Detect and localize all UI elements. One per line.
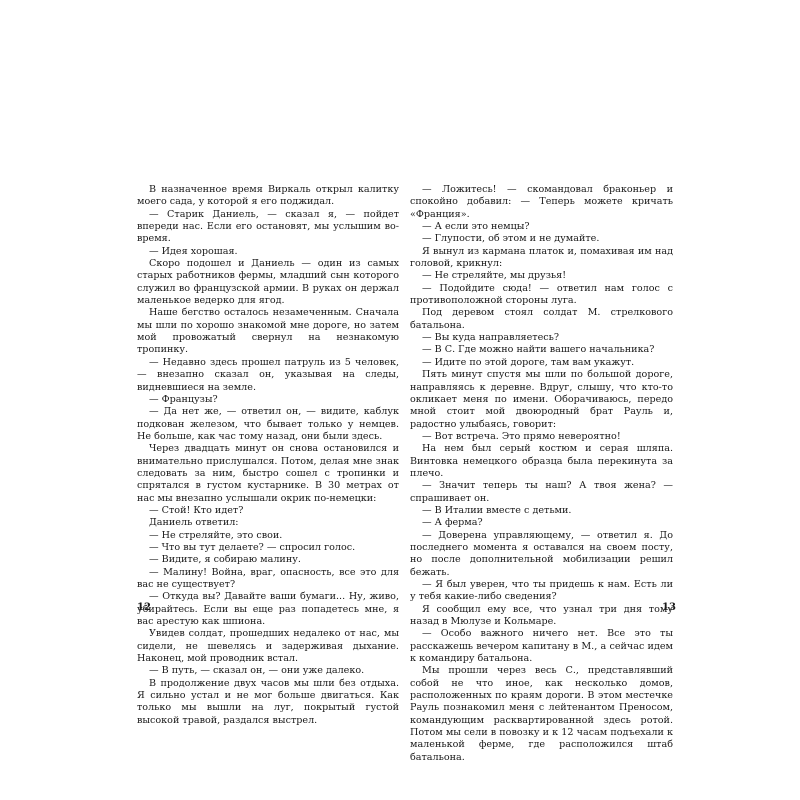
paragraph: — А ферма? <box>410 517 673 529</box>
paragraph: Увидев солдат, прошедших недалеко от нас… <box>137 628 399 665</box>
paragraph: — Идите по этой дороге, там вам укажут. <box>410 357 673 369</box>
paragraph: — Вы куда направляетесь? <box>410 332 673 344</box>
paragraph: Мы прошли через весь С., представлявший … <box>410 665 673 764</box>
paragraph: Под деревом стоял солдат М. стрелкового … <box>410 307 673 332</box>
paragraph: Наше бегство осталось незамеченным. Снач… <box>137 307 399 356</box>
paragraph: — Особо важного ничего нет. Все это ты р… <box>410 628 673 665</box>
right-page-text: — Ложитесь! — скомандовал браконьер и сп… <box>410 184 673 764</box>
paragraph: — Не стреляйте, это свои. <box>137 530 399 542</box>
paragraph: — А если это немцы? <box>410 221 673 233</box>
paragraph: Даниель ответил: <box>137 517 399 529</box>
paragraph: — Недавно здесь прошел патруль из 5 чело… <box>137 357 399 394</box>
paragraph: — В С. Где можно найти вашего начальника… <box>410 344 673 356</box>
left-page-text: В назначенное время Виркаль открыл калит… <box>137 184 399 727</box>
paragraph: — Да нет же, — ответил он, — видите, каб… <box>137 406 399 443</box>
paragraph: В назначенное время Виркаль открыл калит… <box>137 184 399 209</box>
paragraph: — Что вы тут делаете? — спросил голос. <box>137 542 399 554</box>
paragraph: — Ложитесь! — скомандовал браконьер и сп… <box>410 184 673 221</box>
paragraph: Через двадцать минут он снова остановилс… <box>137 443 399 505</box>
paragraph: — В путь, — сказал он, — они уже далеко. <box>137 665 399 677</box>
paragraph: — Идея хорошая. <box>137 246 399 258</box>
left-page-number: 12 <box>137 602 151 613</box>
right-page-number: 13 <box>662 602 676 613</box>
paragraph: — Не стреляйте, мы друзья! <box>410 270 673 282</box>
paragraph: — Вот встреча. Это прямо невероятно! <box>410 431 673 443</box>
paragraph: — Стой! Кто идет? <box>137 505 399 517</box>
paragraph: — Я был уверен, что ты придешь к нам. Ес… <box>410 579 673 604</box>
paragraph: — Малину! Война, враг, опасность, все эт… <box>137 567 399 592</box>
paragraph: В продолжение двух часов мы шли без отды… <box>137 678 399 727</box>
paragraph: — Значит теперь ты наш? А твоя жена? — с… <box>410 480 673 505</box>
paragraph: — Доверена управляющему, — ответил я. До… <box>410 530 673 579</box>
paragraph: — Видите, я собираю малину. <box>137 554 399 566</box>
paragraph: Пять минут спустя мы шли по большой доро… <box>410 369 673 431</box>
paragraph: — Глупости, об этом и не думайте. <box>410 233 673 245</box>
paragraph: — В Италии вместе с детьми. <box>410 505 673 517</box>
paragraph: Скоро подошел и Даниель — один из самых … <box>137 258 399 307</box>
paragraph: Я сообщил ему все, что узнал три дня том… <box>410 604 673 629</box>
paragraph: — Подойдите сюда! — ответил нам голос с … <box>410 283 673 308</box>
paragraph: Я вынул из кармана платок и, помахивая и… <box>410 246 673 271</box>
paragraph: — Французы? <box>137 394 399 406</box>
paragraph: — Старик Даниель, — сказал я, — пойдет в… <box>137 209 399 246</box>
paragraph: На нем был серый костюм и серая шляпа. В… <box>410 443 673 480</box>
paragraph: — Откуда вы? Давайте ваши бумаги... Ну, … <box>137 591 399 628</box>
